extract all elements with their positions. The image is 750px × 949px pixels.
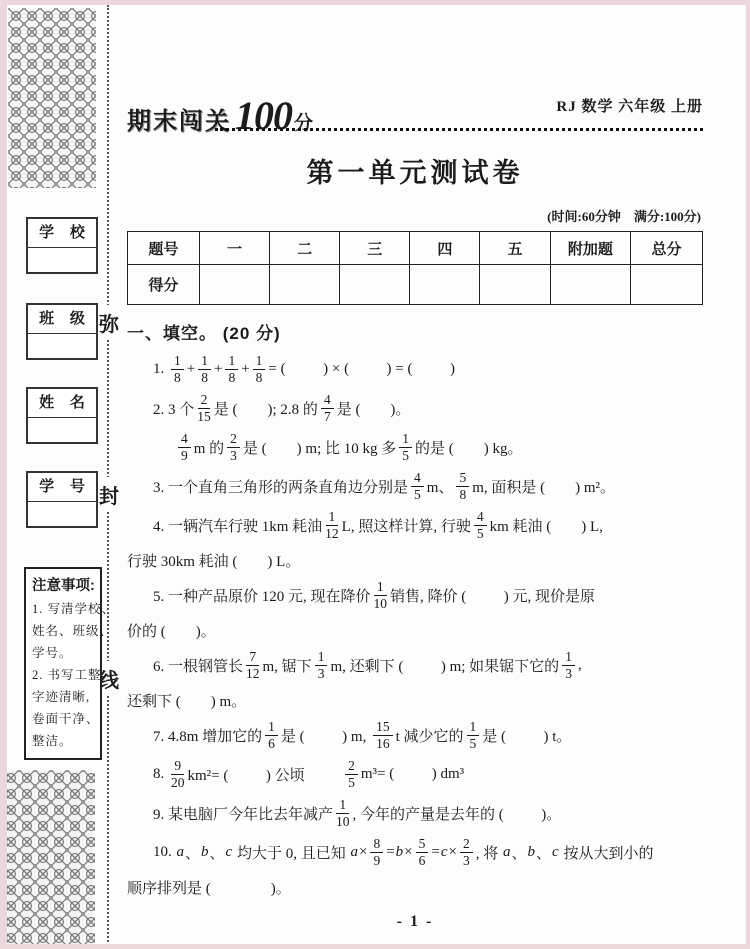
question-text: × <box>404 844 412 861</box>
fraction: 47 <box>321 393 334 424</box>
fraction: 110 <box>336 798 350 829</box>
question-text: m, 锯下 <box>263 655 312 676</box>
fraction: 215 <box>197 393 211 424</box>
question-text: 还剩下 ( ) m。 <box>127 690 246 711</box>
question-text: m、 <box>427 476 454 497</box>
fraction: 920 <box>171 759 185 790</box>
questions: 1. 18+18+18+18= ( ) × ( ) = ( )2. 3 个215… <box>127 350 703 903</box>
question-text: 销售, 降价 ( ) 元, 现价是原 <box>390 585 595 606</box>
question-text: 2. 3 个 <box>153 398 194 419</box>
test-paper-page: 弥 封 线 学 校 班 级 姓 名 学 号 注意事项: 1. 写清学校、姓名、班… <box>0 0 750 949</box>
question-line: 8. 920km²= ( ) 公顷 25m³= ( ) dm³ <box>127 755 703 794</box>
question-line: 7. 4.8m 增加它的16是 ( ) m, 1516t 减少它的15是 ( )… <box>127 716 703 755</box>
question-text: t 减少它的 <box>396 725 464 746</box>
score-table-header-row: 题号 一 二 三 四 五 附加题 总分 <box>128 232 703 265</box>
fraction: 112 <box>325 510 339 541</box>
paper-title: 第一单元测试卷 <box>127 151 703 190</box>
class-field-box: 班 级 <box>26 303 98 360</box>
fraction: 18 <box>171 354 184 385</box>
seal-char-feng: 封 <box>95 477 123 512</box>
fraction: 18 <box>225 354 238 385</box>
question-text: 1. <box>153 361 168 378</box>
question-text: 、 <box>536 842 551 863</box>
notice-box: 注意事项: 1. 写清学校、姓名、班级、学号。2. 书写工整,字迹清晰,卷面干净… <box>24 567 102 760</box>
question-line: 3. 一个直角三角形的两条直角边分别是45m、58m, 面积是 ( ) m²。 <box>127 467 703 506</box>
series-logo-score: 100 <box>231 93 294 138</box>
question-text: = <box>431 844 439 861</box>
question-line: 5. 一种产品原价 120 元, 现在降价110销售, 降价 ( ) 元, 现价… <box>127 576 703 615</box>
fraction: 58 <box>456 471 469 502</box>
score-blank-cell[interactable] <box>410 265 480 305</box>
name-blank[interactable] <box>28 418 96 442</box>
class-label: 班 级 <box>28 305 96 334</box>
question-text: 按从大到小的 <box>560 842 654 863</box>
question-text: + <box>214 361 222 378</box>
question-text: , <box>578 657 582 674</box>
student-id-field-box: 学 号 <box>26 471 98 528</box>
fraction: 1516 <box>373 720 393 751</box>
fraction: 15 <box>399 432 412 463</box>
question-text: m, 面积是 ( ) m²。 <box>472 476 615 497</box>
question-text: , 今年的产量是去年的 ( )。 <box>353 803 562 824</box>
name-label: 姓 名 <box>28 389 96 418</box>
score-header-cell: 总分 <box>631 232 703 265</box>
math-variable: a <box>502 844 512 861</box>
question-text: m, 还剩下 ( ) m; 如果锯下它的 <box>330 655 559 676</box>
question-text: = <box>386 844 394 861</box>
question-text: 均大于 0, 且已知 <box>233 842 349 863</box>
question-text: 、 <box>185 842 200 863</box>
notice-line: 学号。 <box>32 642 96 664</box>
question-line: 6. 一根钢管长712m, 锯下13m, 还剩下 ( ) m; 如果锯下它的13… <box>127 646 703 685</box>
score-header-cell: 附加题 <box>550 232 631 265</box>
question-text: 9. 某电脑厂今年比去年减产 <box>153 803 333 824</box>
question-text: 顺序排列是 ( )。 <box>127 877 291 898</box>
score-header-cell: 二 <box>270 232 340 265</box>
question-text: m 的 <box>194 437 224 458</box>
fraction: 15 <box>467 720 480 751</box>
question-line: 顺序排列是 ( )。 <box>127 872 703 903</box>
fraction: 18 <box>253 354 266 385</box>
score-header-cell: 三 <box>340 232 410 265</box>
score-table: 题号 一 二 三 四 五 附加题 总分 得分 <box>127 231 703 305</box>
fraction: 23 <box>227 432 240 463</box>
question-text: 的是 ( ) kg。 <box>415 437 523 458</box>
question-text: × <box>359 844 367 861</box>
score-blank-cell[interactable] <box>480 265 550 305</box>
student-id-blank[interactable] <box>28 502 96 526</box>
math-variable: c <box>440 844 449 861</box>
paper-header: 期末闯关100分 RJ 数学 六年级 上册 <box>127 89 703 131</box>
question-line: 9. 某电脑厂今年比去年减产110, 今年的产量是去年的 ( )。 <box>127 794 703 833</box>
score-header-cell: 一 <box>199 232 269 265</box>
fraction: 56 <box>416 837 429 868</box>
fraction: 110 <box>374 580 388 611</box>
question-line: 10. a、b、c 均大于 0, 且已知 a×89=b×56=c×23, 将 a… <box>127 833 703 872</box>
fraction: 18 <box>198 354 211 385</box>
question-text: × <box>449 844 457 861</box>
math-variable: a <box>176 844 186 861</box>
notice-line: 2. 书写工整, <box>32 664 96 686</box>
lace-pattern-top <box>8 8 96 188</box>
question-text: 是 ( ) m; 比 10 kg 多 <box>243 437 396 458</box>
notice-line: 卷面干净、 <box>32 708 96 730</box>
notice-line: 1. 写清学校、 <box>32 598 96 620</box>
question-text: 6. 一根钢管长 <box>153 655 243 676</box>
edition-label: RJ 数学 六年级 上册 <box>556 95 703 116</box>
series-logo: 期末闯关100分 <box>127 92 313 139</box>
question-line: 行驶 30km 耗油 ( ) L。 <box>127 545 703 576</box>
question-text: 是 ( ); 2.8 的 <box>214 398 318 419</box>
math-variable: b <box>200 844 210 861</box>
question-line: 价的 ( )。 <box>127 615 703 646</box>
lace-pattern-bottom <box>3 770 95 949</box>
question-text: 7. 4.8m 增加它的 <box>153 725 262 746</box>
question-text: 10. <box>153 844 176 861</box>
question-text: 8. <box>153 766 168 783</box>
question-line: 4. 一辆汽车行驶 1km 耗油112L, 照这样计算, 行驶45km 耗油 (… <box>127 506 703 545</box>
question-text: 3. 一个直角三角形的两条直角边分别是 <box>153 476 408 497</box>
math-variable: c <box>225 844 234 861</box>
math-variable: b <box>395 844 405 861</box>
question-text: 是 ( )。 <box>337 398 411 419</box>
school-label: 学 校 <box>28 219 96 248</box>
paper-content: 期末闯关100分 RJ 数学 六年级 上册 第一单元测试卷 (时间:60分钟 满… <box>127 5 703 931</box>
page-number: - 1 - <box>127 913 703 931</box>
question-text: 是 ( ) m, <box>281 725 370 746</box>
question-text: 5. 一种产品原价 120 元, 现在降价 <box>153 585 371 606</box>
question-text: + <box>187 361 195 378</box>
math-variable: a <box>349 844 359 861</box>
fraction: 712 <box>246 650 260 681</box>
fraction: 13 <box>562 650 575 681</box>
fraction: 89 <box>370 837 383 868</box>
notice-line: 整洁。 <box>32 730 96 752</box>
fraction: 49 <box>178 432 191 463</box>
fraction: 45 <box>474 510 487 541</box>
score-table-score-row: 得分 <box>128 265 703 305</box>
question-line: 还剩下 ( ) m。 <box>127 685 703 716</box>
name-field-box: 姓 名 <box>26 387 98 444</box>
school-field-box: 学 校 <box>26 217 98 274</box>
score-blank-cell[interactable] <box>199 265 269 305</box>
class-blank[interactable] <box>28 334 96 358</box>
question-text: m³= ( ) dm³ <box>361 766 464 783</box>
question-text: + <box>241 361 249 378</box>
score-blank-cell[interactable] <box>550 265 631 305</box>
fraction: 45 <box>411 471 424 502</box>
notice-line: 姓名、班级、 <box>32 620 96 642</box>
question-line: 49m 的23是 ( ) m; 比 10 kg 多15的是 ( ) kg。 <box>127 428 703 467</box>
score-header-cell: 五 <box>480 232 550 265</box>
notice-lines: 1. 写清学校、姓名、班级、学号。2. 书写工整,字迹清晰,卷面干净、整洁。 <box>32 598 96 752</box>
student-id-label: 学 号 <box>28 473 96 502</box>
question-text: 、 <box>512 842 527 863</box>
score-header-cell: 题号 <box>128 232 200 265</box>
question-text: km²= ( ) 公顷 <box>188 764 343 785</box>
score-header-cell: 四 <box>410 232 480 265</box>
question-line: 2. 3 个215是 ( ); 2.8 的47是 ( )。 <box>127 389 703 428</box>
question-text: 行驶 30km 耗油 ( ) L。 <box>127 550 300 571</box>
question-text: 价的 ( )。 <box>127 620 216 641</box>
question-text: 4. 一辆汽车行驶 1km 耗油 <box>153 515 322 536</box>
notice-title: 注意事项: <box>32 574 96 595</box>
question-text: 、 <box>210 842 225 863</box>
score-blank-cell[interactable] <box>631 265 703 305</box>
question-text: = ( ) × ( ) = ( ) <box>268 361 455 378</box>
seal-char-mi: 弥 <box>95 305 123 340</box>
dotted-leader-line <box>215 128 703 131</box>
score-row-label: 得分 <box>128 265 200 305</box>
question-line: 1. 18+18+18+18= ( ) × ( ) = ( ) <box>127 350 703 389</box>
question-text: , 将 <box>476 842 502 863</box>
math-variable: c <box>551 844 560 861</box>
question-text: km 耗油 ( ) L, <box>490 515 603 536</box>
fraction: 16 <box>265 720 278 751</box>
question-text: L, 照这样计算, 行驶 <box>342 515 471 536</box>
score-blank-cell[interactable] <box>270 265 340 305</box>
math-variable: b <box>527 844 537 861</box>
fraction: 25 <box>345 759 358 790</box>
fraction: 23 <box>460 837 473 868</box>
fraction: 13 <box>315 650 328 681</box>
school-blank[interactable] <box>28 248 96 272</box>
section-one-heading: 一、填空。 (20 分) <box>127 319 703 344</box>
question-text: 是 ( ) t。 <box>482 725 571 746</box>
score-blank-cell[interactable] <box>340 265 410 305</box>
time-score-meta: (时间:60分钟 满分:100分) <box>127 206 703 225</box>
notice-line: 字迹清晰, <box>32 686 96 708</box>
